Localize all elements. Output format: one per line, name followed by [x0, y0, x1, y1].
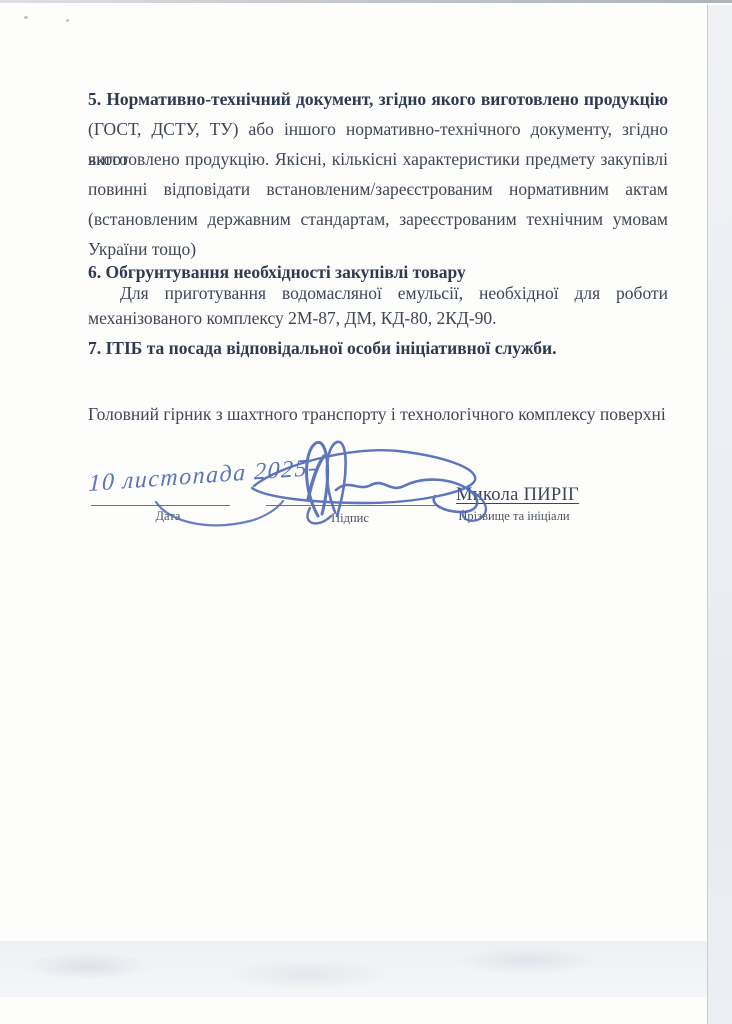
name-label: Прізвище та ініціали: [450, 509, 578, 524]
item5-line: виготовлено продукцію. Якісні, кількісні…: [88, 144, 668, 174]
scanned-document-page: 5. Нормативно-технічний документ, згідно…: [0, 0, 732, 1024]
date-signature-rule: [91, 505, 230, 506]
scan-edge-bottom: [0, 941, 732, 997]
signature-label: Підпис: [297, 511, 403, 526]
position-title-line: Головний гірник з шахтного транспорту і …: [88, 399, 668, 429]
scan-edge-right: [707, 5, 732, 1024]
signature-rule: [266, 505, 439, 506]
date-label: Дата: [118, 509, 218, 524]
handwritten-date: 10 листопада 2025-: [88, 455, 318, 498]
scan-speck: [24, 16, 28, 19]
item5-heading: 5. Нормативно-технічний документ, згідно…: [88, 84, 668, 114]
item5-line: (встановленим державним стандартам, заре…: [88, 204, 668, 234]
item7-heading: 7. ІТІБ та посада відповідальної особи і…: [88, 333, 668, 363]
scan-speck: [66, 19, 69, 22]
item6-line: механізованого комплексу 2М-87, ДМ, КД-8…: [88, 306, 668, 331]
item6-line: Для приготування водомасляної емульсії, …: [88, 281, 668, 306]
item5-line: повинні відповідати встановленим/зареєст…: [88, 174, 668, 204]
scan-edge-top: [0, 0, 732, 3]
signer-name: Микола ПИРІГ: [456, 485, 579, 506]
